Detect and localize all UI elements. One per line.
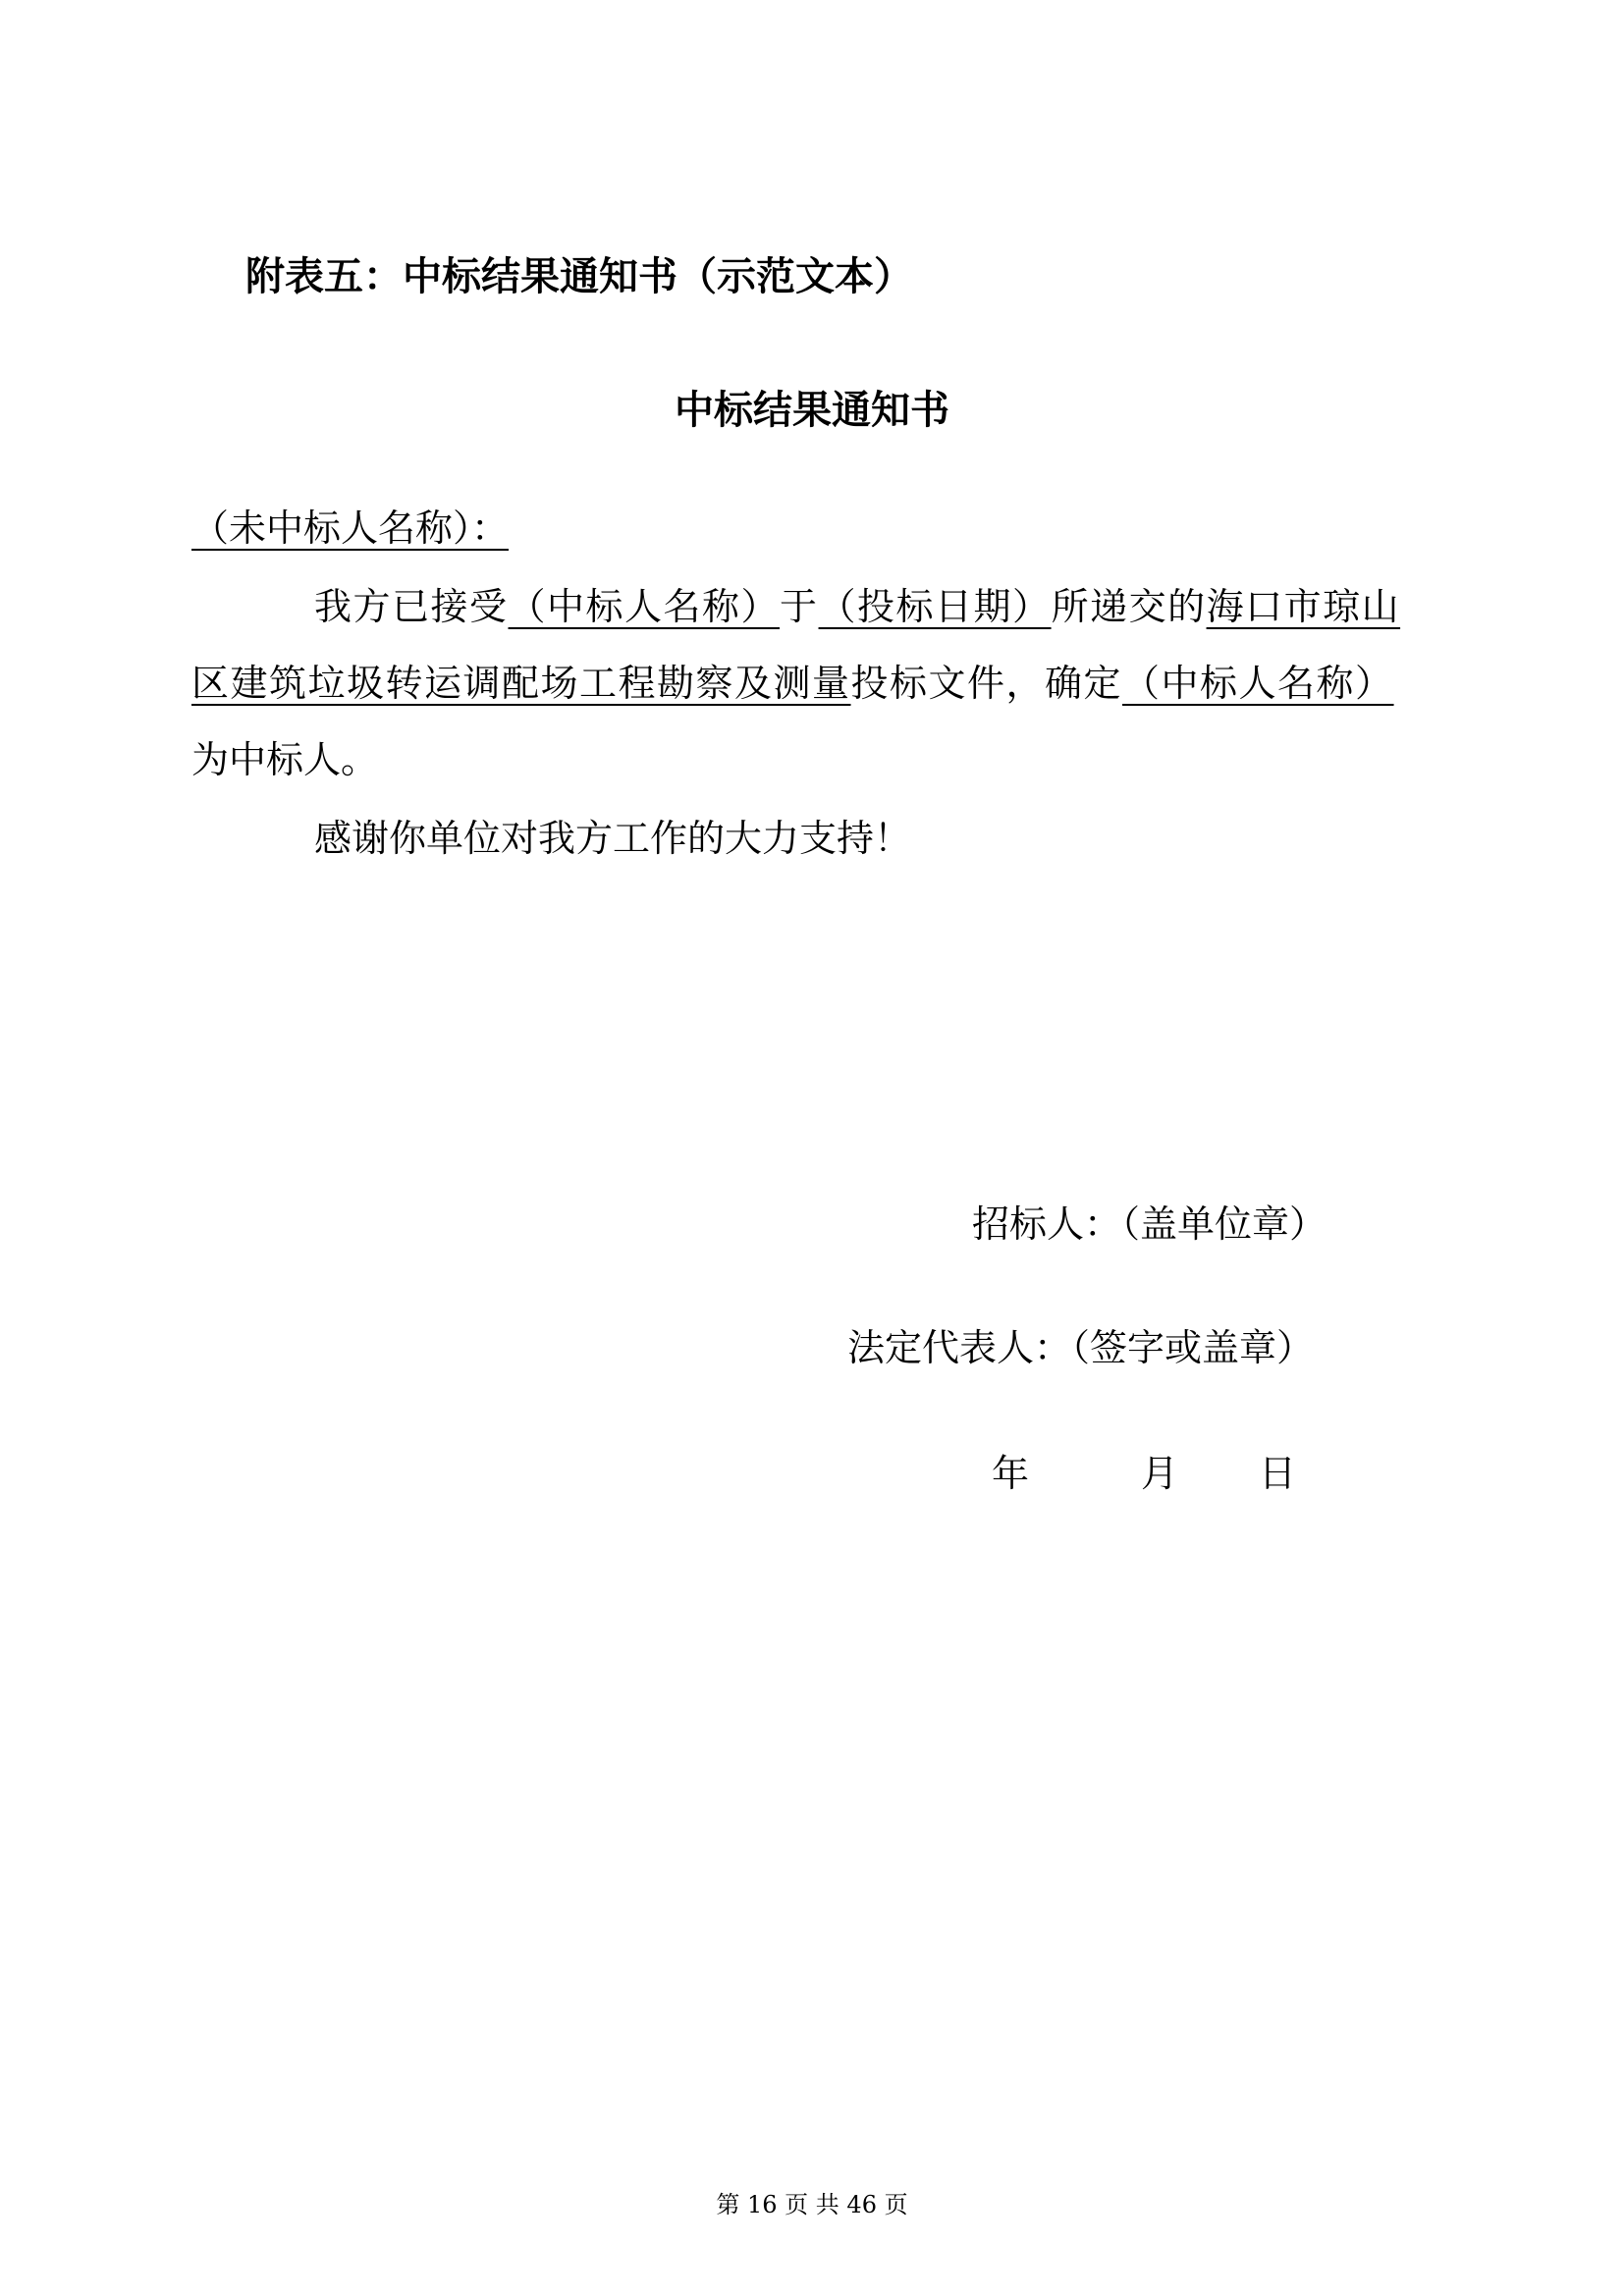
addressee: （未中标人名称）： xyxy=(191,503,509,554)
date-year: 年 xyxy=(992,1443,1029,1497)
legal-rep-line: 法定代表人：（签字或盖章） xyxy=(847,1317,1314,1371)
tenderer-seal: （盖单位章） xyxy=(1121,1202,1326,1246)
paragraph-1-line-1: 我方已接受（中标人名称）于（投标日期）所递交的海口市琼山 xyxy=(191,581,1571,632)
project-name-part-1: 海口市琼山 xyxy=(1207,585,1401,628)
text-segment: 于 xyxy=(780,585,819,628)
text-segment: 我方已接受 xyxy=(314,585,509,628)
text-segment: 投标文件，确定 xyxy=(851,662,1123,705)
legal-rep-label: 法定代表人： xyxy=(847,1326,1071,1369)
paragraph-2: 感谢你单位对我方工作的大力支持！ xyxy=(191,813,911,864)
winner-name-placeholder-2: （中标人名称） xyxy=(1122,662,1394,705)
date-month: 月 xyxy=(1141,1443,1178,1497)
appendix-title: 附表五：中标结果通知书（示范文本） xyxy=(245,245,913,301)
tenderer-label: 招标人： xyxy=(972,1202,1121,1246)
document-title: 中标结果通知书 xyxy=(0,379,1624,435)
paragraph-1-line-2: 区建筑垃圾转运调配场工程勘察及测量投标文件，确定（中标人名称） xyxy=(191,658,1448,709)
paragraph-1-line-3: 为中标人。 xyxy=(191,734,378,785)
date-day: 日 xyxy=(1259,1443,1296,1497)
winner-name-placeholder: （中标人名称） xyxy=(509,585,781,628)
legal-rep-signature: （签字或盖章） xyxy=(1071,1326,1314,1369)
project-name-part-2: 区建筑垃圾转运调配场工程勘察及测量 xyxy=(191,662,851,705)
tenderer-line: 招标人：（盖单位章） xyxy=(972,1194,1326,1248)
page-number: 第 16 页 共 46 页 xyxy=(0,2185,1624,2219)
bid-date-placeholder: （投标日期） xyxy=(819,585,1052,628)
text-segment: 所递交的 xyxy=(1052,585,1207,628)
